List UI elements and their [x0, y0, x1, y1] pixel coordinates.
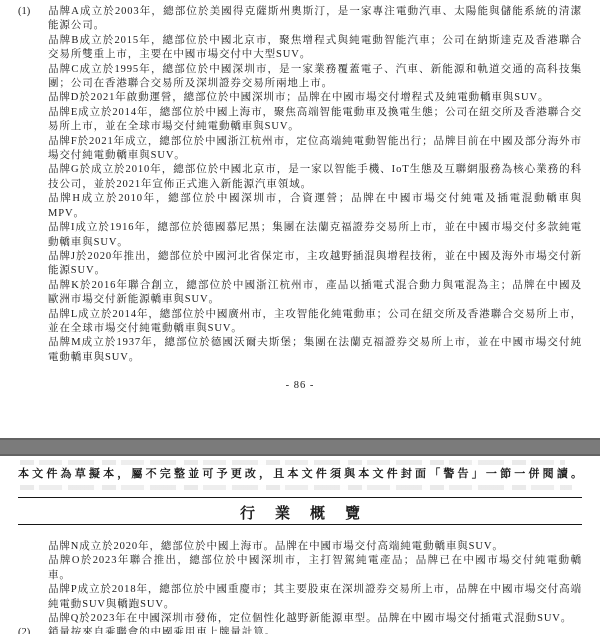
document-page: (1) 品牌A成立於2003年，總部位於美國得克薩斯州奧斯汀，是一家專注電動汽車…	[0, 0, 600, 634]
faded-text-artifact	[20, 460, 565, 465]
faded-text-artifact	[20, 485, 572, 490]
brand-note-h: 品牌H成立於2010年，總部位於中國深圳市，合資運營；品牌在中國市場交付純電及插…	[48, 192, 582, 221]
brand-note-c: 品牌C成立於1995年，總部位於中國深圳市，是一家業務覆蓋電子、汽車、新能源和軌…	[48, 63, 582, 92]
footnote-2-marker: (2)	[18, 626, 48, 634]
brand-note-a: 品牌A成立於2003年，總部位於美國得克薩斯州奧斯汀，是一家專注電動汽車、太陽能…	[48, 5, 582, 34]
brand-note-b: 品牌B成立於2015年，總部位於中國北京市，聚焦增程式與純電動智能汽車；公司在納…	[48, 34, 582, 63]
brand-note-k: 品牌K於2016年聯合創立，總部位於中國浙江杭州市，產品以插電式混合動力與電混為…	[48, 279, 582, 308]
footnote-2-text: 銷量按來自乘聯會的中國乘用車上牌量計算。	[48, 626, 582, 634]
heading-rule-bottom	[18, 524, 582, 525]
brand-note-e: 品牌E成立於2014年，總部位於中國上海市，聚焦高端智能電動車及換電生態；公司在…	[48, 106, 582, 135]
page-number: - 86 -	[0, 380, 600, 391]
brand-note-j: 品牌J於2020年推出，總部位於中國河北省保定市，主攻越野插混與增程技術，並在中…	[48, 250, 582, 279]
next-page-notes-block: 品牌N成立於2020年，總部位於中國上海市。品牌在中國市場交付高端純電動轎車與S…	[18, 540, 582, 634]
brand-note-m: 品牌M成立於1937年，總部位於德國沃爾夫斯堡；集團在法蘭克福證券交易所上市，並…	[48, 336, 582, 365]
footnote-1-marker: (1)	[18, 5, 48, 365]
brand-note-p: 品牌P成立於2018年，總部位於中國重慶市；其主要股東在深圳證券交易所上市，品牌…	[48, 583, 582, 612]
draft-warning-text: 本文件為草擬本，屬不完整並可予更改，且本文件須與本文件封面「警告」一節一併閱讀。	[18, 468, 582, 481]
brand-notes-list-continued: 品牌N成立於2020年，總部位於中國上海市。品牌在中國市場交付高端純電動轎車與S…	[48, 540, 582, 626]
footnote-1-block: (1) 品牌A成立於2003年，總部位於美國得克薩斯州奧斯汀，是一家專注電動汽車…	[18, 5, 582, 365]
brand-notes-list: 品牌A成立於2003年，總部位於美國得克薩斯州奧斯汀，是一家專注電動汽車、太陽能…	[48, 5, 582, 365]
brand-note-q: 品牌Q於2023年在中國深圳市發佈，定位個性化越野新能源車型。品牌在中國市場交付…	[48, 612, 582, 626]
brand-note-n: 品牌N成立於2020年，總部位於中國上海市。品牌在中國市場交付高端純電動轎車與S…	[48, 540, 582, 554]
heading-rule-top	[18, 497, 582, 498]
brand-note-d: 品牌D於2021年啟動運營，總部位於中國深圳市；品牌在中國市場交付增程式及純電動…	[48, 91, 582, 105]
brand-note-i: 品牌I成立於1916年，總部位於德國慕尼黑；集團在法蘭克福證券交易所上市，並在中…	[48, 221, 582, 250]
section-heading: 行業概覽	[0, 502, 600, 523]
brand-note-f: 品牌F於2021年成立，總部位於中國浙江杭州市，定位高端純電動智能出行；品牌目前…	[48, 135, 582, 164]
footnote-2-block: (2) 銷量按來自乘聯會的中國乘用車上牌量計算。	[18, 626, 582, 634]
page-divider-bar	[0, 438, 600, 456]
brand-note-o: 品牌O於2023年聯合推出，總部位於中國深圳市，主打智駕純電產品；品牌已在中國市…	[48, 554, 582, 583]
brand-note-g: 品牌G於成立於2010年，總部位於中國北京市，是一家以智能手機、IoT生態及互聯…	[48, 163, 582, 192]
section-heading-text: 行業概覽	[240, 506, 380, 522]
brand-note-l: 品牌L成立於2014年，總部位於中國廣州市，主攻智能化純電動車；公司在紐交所及香…	[48, 308, 582, 337]
